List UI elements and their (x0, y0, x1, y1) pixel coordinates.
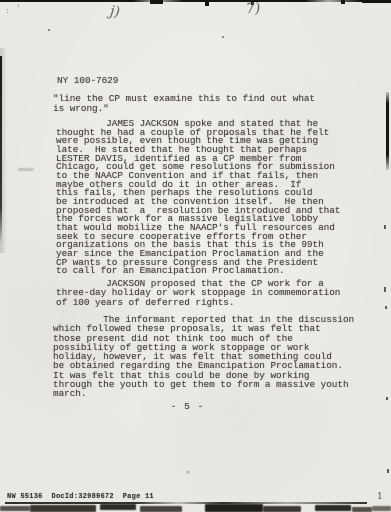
scan-bottom-band (100, 504, 136, 510)
scan-bottom-band (140, 506, 182, 512)
paragraph-continuation-quote: "line the CP must examine this to find o… (53, 94, 315, 114)
scan-edge-right-line (386, 92, 389, 170)
scan-border-tick (341, 0, 345, 4)
scan-border-tick (362, 0, 391, 3)
scan-edge-left-line (0, 56, 2, 244)
scan-bottom-band (205, 504, 263, 512)
scan-bottom-band (0, 506, 30, 511)
paragraph-informant-report: The informant reported that in the discu… (53, 315, 354, 399)
scan-border-top (0, 0, 391, 2)
scan-speck (48, 29, 50, 31)
scan-bottom-band (352, 507, 372, 512)
scan-bottom-band (315, 505, 351, 511)
scan-border-tick (205, 0, 209, 6)
footer-archive-stamp: NW 55136 DocId:32989672 Page 11 (7, 493, 154, 501)
scan-speck (385, 306, 387, 309)
scan-speck (387, 469, 389, 473)
text-line: to call for an Emancipation Proclamation… (56, 267, 340, 276)
scanned-document-page: : ' j) 7) " 1 NY 100-7629 "line the CP m… (0, 0, 391, 512)
scan-speck (386, 397, 388, 400)
handwritten-mark-bottom-right: 1 (377, 492, 383, 502)
text-line: is wrong." (53, 104, 315, 114)
handwritten-mark-bottom: " (186, 471, 190, 481)
scan-speck (384, 225, 386, 229)
scan-smudge (18, 168, 34, 171)
text-line: of 100 years of deferred rights. (56, 298, 340, 307)
scan-speck (222, 36, 224, 38)
scan-border-tick (150, 0, 163, 4)
paragraph-jackson-proposals: JAMES JACKSON spoke and stated that heth… (56, 120, 340, 276)
handwritten-mark-top-right: 7) (245, 1, 260, 18)
scan-speck (384, 287, 386, 292)
text-line: march. (53, 389, 354, 398)
scan-bottom-band (263, 506, 301, 512)
paragraph-work-stoppage: JACKSON proposed that the CP work for at… (56, 279, 340, 307)
footer-underline (5, 502, 367, 504)
pencil-marks: : ' (5, 4, 24, 17)
handwritten-mark-top-left: j) (109, 4, 120, 21)
scan-bottom-band (372, 506, 391, 511)
file-number: NY 100-7629 (57, 76, 118, 86)
scan-bottom-band (30, 505, 96, 512)
page-number: - 5 - (0, 401, 375, 412)
text-line: through the youth to get them to form a … (53, 380, 354, 389)
